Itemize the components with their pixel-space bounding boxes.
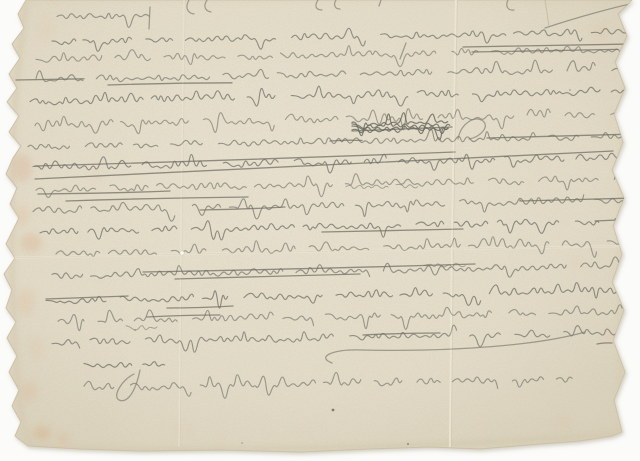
dark-speck [241,442,243,444]
document-scan [0,0,640,461]
pinhole [180,251,184,255]
dark-speck [134,329,136,331]
pinhole-layer [180,251,184,255]
scanned-document-page [0,0,640,461]
dark-speck [519,199,521,201]
paper-grain-texture [0,0,640,461]
dark-speck [569,89,571,91]
dark-speck [407,443,409,445]
dark-speck [332,409,335,412]
